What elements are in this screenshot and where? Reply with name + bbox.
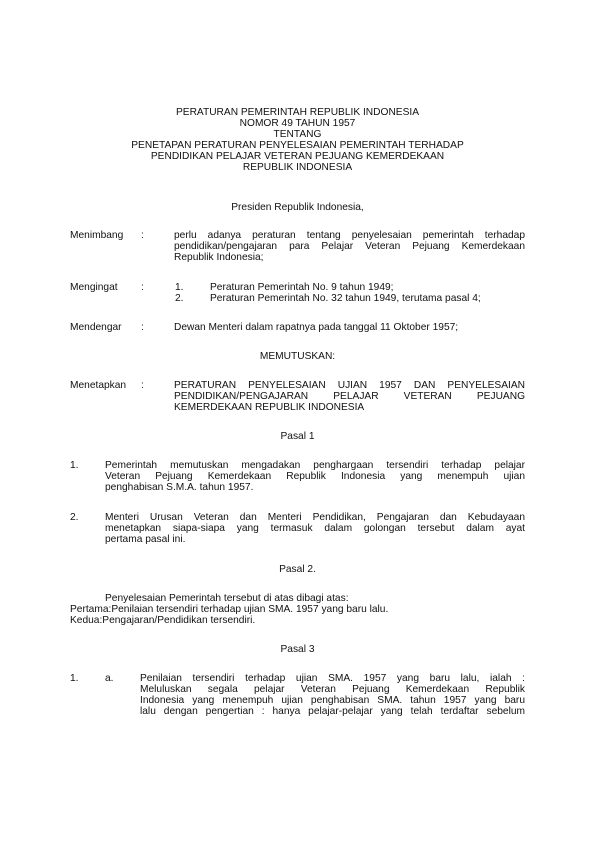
menetapkan-colon: : bbox=[141, 380, 144, 391]
pasal-2-intro: Penyelesaian Pemerintah tersebut di atas… bbox=[105, 593, 349, 604]
item-text: pertama pasal ini. bbox=[105, 534, 185, 545]
sub-item-letter: a. bbox=[105, 673, 114, 684]
list-number: 1. bbox=[175, 282, 184, 293]
mendengar-colon: : bbox=[141, 322, 144, 333]
item-number: 2. bbox=[70, 512, 79, 523]
pasal-1-title: Pasal 1 bbox=[0, 431, 595, 442]
mengingat-label: Mengingat bbox=[70, 282, 118, 293]
item-text: Pemerintah memutuskan mengadakan penghar… bbox=[105, 460, 525, 471]
item-text: Veteran Pejuang Kemerdekaan Republik Ind… bbox=[105, 471, 525, 482]
header-line: PERATURAN PEMERINTAH REPUBLIK INDONESIA bbox=[0, 107, 595, 118]
menetapkan-label: Menetapkan bbox=[70, 380, 126, 391]
mendengar-text: Dewan Menteri dalam rapatnya pada tangga… bbox=[174, 322, 458, 333]
mendengar-label: Mendengar bbox=[70, 322, 122, 333]
pasal-2-kedua: Kedua:Pengajaran/Pendidikan tersendiri. bbox=[70, 615, 255, 626]
menetapkan-text: PERATURAN PENYELESAIAN UJIAN 1957 DAN PE… bbox=[174, 380, 525, 391]
list-number: 2. bbox=[175, 293, 184, 304]
item-text: Menteri Urusan Veteran dan Menteri Pendi… bbox=[105, 512, 525, 523]
item-text: menetapkan siapa-siapa yang termasuk dal… bbox=[105, 523, 525, 534]
menimbang-text: pendidikan/pengajaran para Pelajar Veter… bbox=[174, 241, 525, 252]
item-number: 1. bbox=[70, 673, 79, 684]
item-number: 1. bbox=[70, 460, 79, 471]
header-line: PENETAPAN PERATURAN PENYELESAIAN PEMERIN… bbox=[0, 140, 595, 151]
item-text: lalu dengan pengertian : hanya pelajar-p… bbox=[140, 706, 525, 717]
header-line: TENTANG bbox=[0, 129, 595, 140]
pasal-2-title: Pasal 2. bbox=[0, 564, 595, 575]
item-text: penghabisan S.M.A. tahun 1957. bbox=[105, 482, 253, 493]
menimbang-colon: : bbox=[141, 230, 144, 241]
list-item: Peraturan Pemerintah No. 32 tahun 1949, … bbox=[210, 293, 481, 304]
menimbang-text: Republik Indonesia; bbox=[174, 252, 263, 263]
pasal-3-title: Pasal 3 bbox=[0, 644, 595, 655]
header-line: PENDIDIKAN PELAJAR VETERAN PEJUANG KEMER… bbox=[0, 151, 595, 162]
menimbang-text: perlu adanya peraturan tentang penyelesa… bbox=[174, 230, 525, 241]
item-text: Indonesia yang menempuh ujian penghabisa… bbox=[140, 695, 525, 706]
header-line: NOMOR 49 TAHUN 1957 bbox=[0, 118, 595, 129]
menimbang-label: Menimbang bbox=[70, 230, 123, 241]
item-text: Penilaian tersendiri terhadap ujian SMA.… bbox=[140, 673, 525, 684]
header-line: REPUBLIK INDONESIA bbox=[0, 162, 595, 173]
list-item: Peraturan Pemerintah No. 9 tahun 1949; bbox=[210, 282, 394, 293]
item-text: Meluluskan segala pelajar Veteran Pejuan… bbox=[140, 684, 525, 695]
menetapkan-text: KEMERDEKAAN REPUBLIK INDONESIA bbox=[174, 402, 364, 413]
pasal-2-pertama: Pertama:Penilaian tersendiri terhadap uj… bbox=[70, 604, 388, 615]
memutuskan-heading: MEMUTUSKAN: bbox=[0, 351, 595, 362]
mengingat-colon: : bbox=[141, 282, 144, 293]
menetapkan-text: PENDIDIKAN/PENGAJARAN PELAJAR VETERAN PE… bbox=[174, 391, 525, 402]
president-line: Presiden Republik Indonesia, bbox=[0, 202, 595, 213]
